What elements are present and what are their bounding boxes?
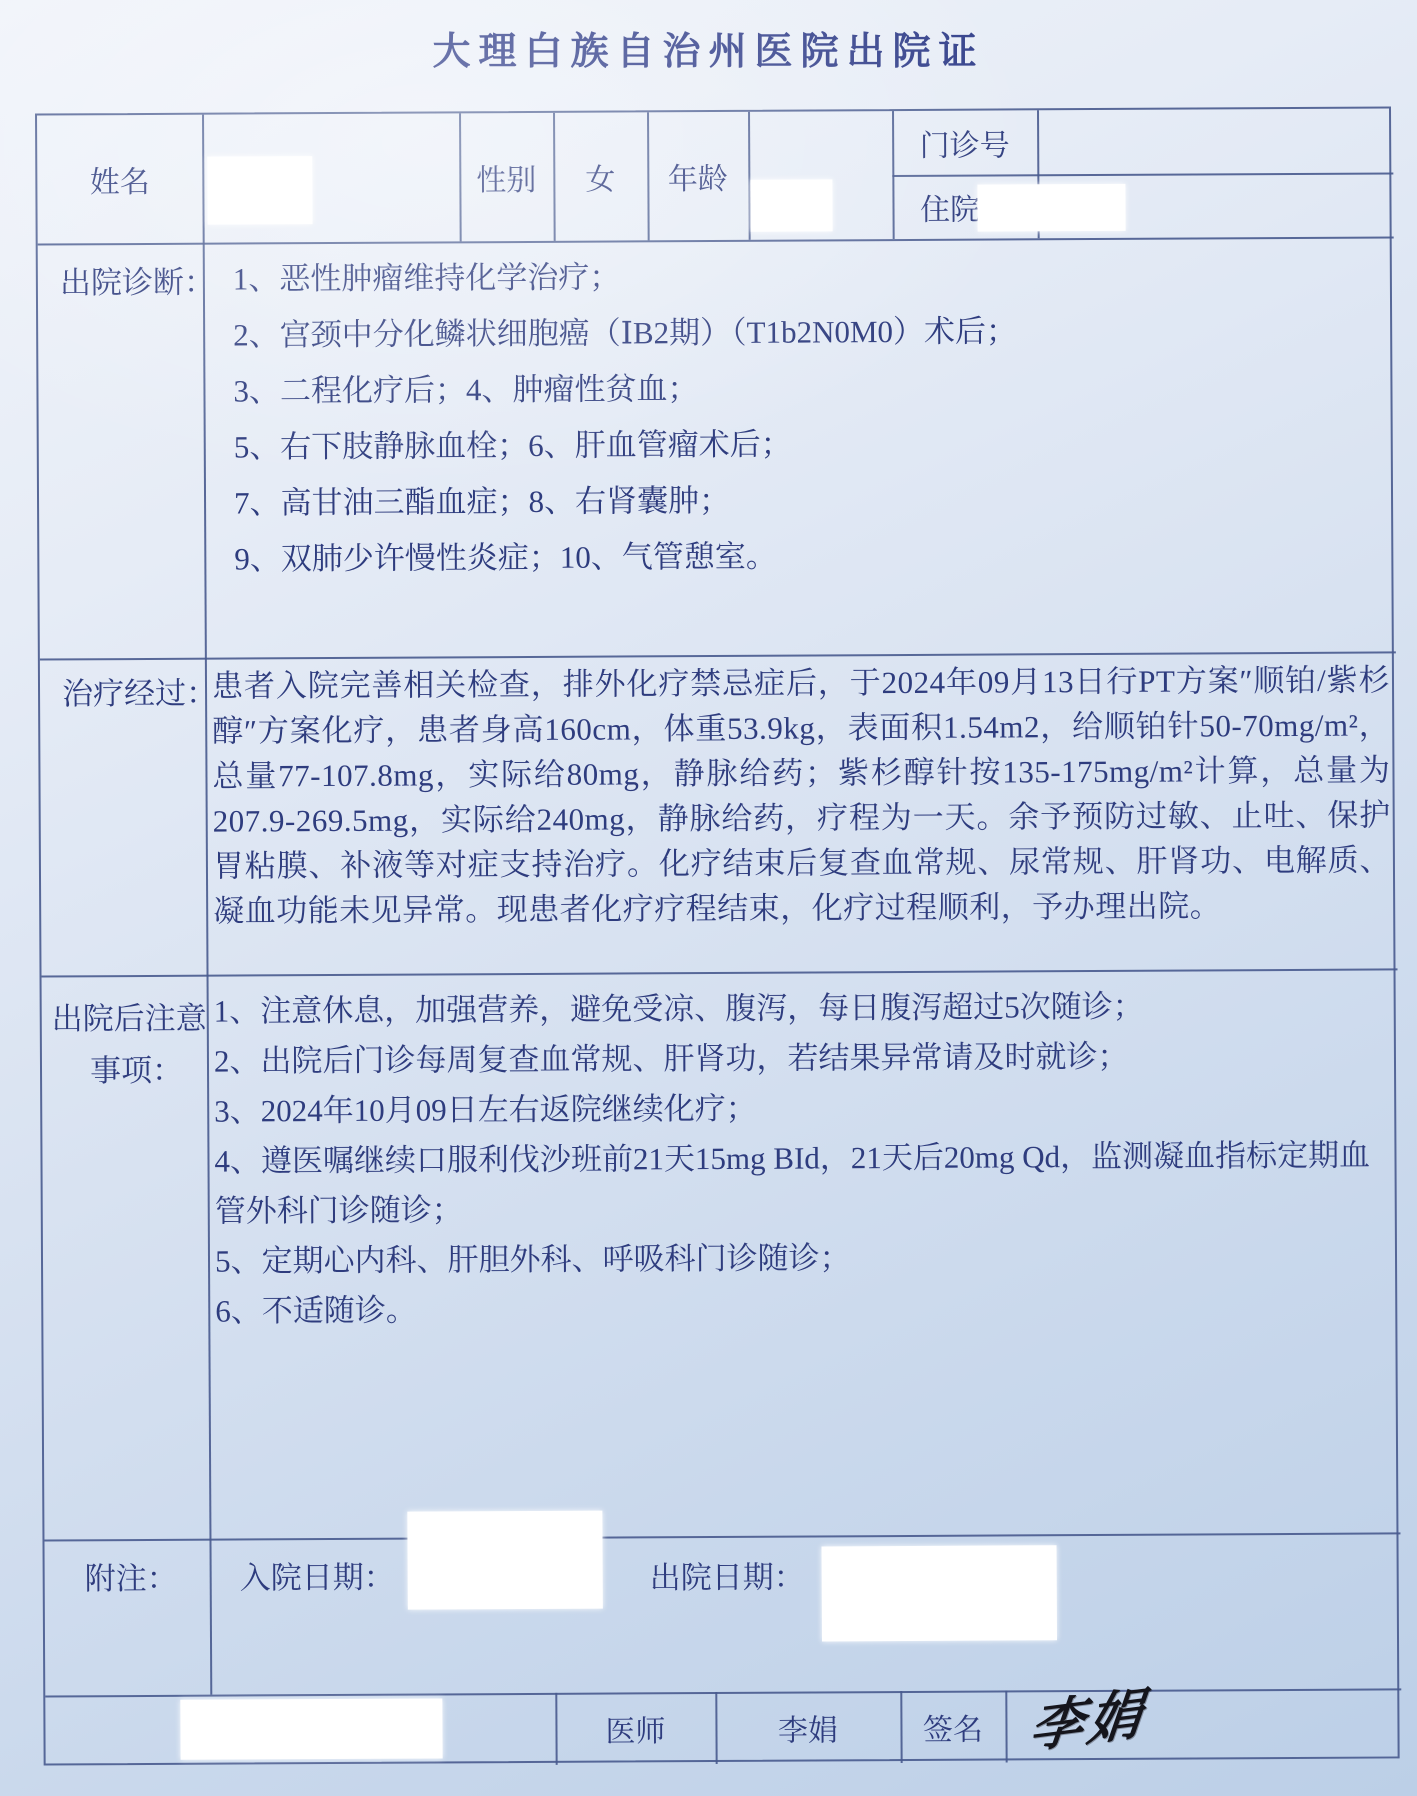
note-item: 2、出院后门诊每周复查血常规、肝肾功，若结果异常请及时就诊； <box>214 1030 1394 1086</box>
diagnosis-line: 5、右下肢静脉血栓；6、肝血管瘤术后； <box>234 416 1384 471</box>
gender-label: 性别 <box>459 113 554 241</box>
note-item: 4、遵医嘱继续口服利伐沙班前21天15mg BId，21天后20mg Qd，监测… <box>214 1130 1395 1236</box>
page-title: 大理白族自治州医院出院证 <box>0 20 1417 75</box>
notes-label-line2: 事项： <box>90 1045 183 1090</box>
diagnosis-list: 1、恶性肿瘤维持化学治疗； 2、宫颈中分化鳞状细胞癌（ⅠB2期）（T1b2N0M… <box>233 248 1385 590</box>
divider-treatment-bottom <box>42 968 1398 977</box>
notes-label-line1: 出院后注意 <box>52 993 207 1039</box>
discharge-certificate-page: 大理白族自治州医院出院证 姓名 性别 女 年龄 门诊号 住院号 <box>0 0 1417 1796</box>
age-label: 年龄 <box>647 112 749 241</box>
diagnosis-line: 3、二程化疗后；4、肿瘤性贫血； <box>233 360 1383 415</box>
gender-value: 女 <box>553 112 648 240</box>
note-item: 6、不适随诊。 <box>215 1280 1395 1336</box>
note-item: 3、2024年10月09日左右返院继续化疗； <box>214 1080 1394 1136</box>
doctor-name: 李娟 <box>715 1691 900 1764</box>
notes-list: 1、注意休息，加强营养，避免受凉、腹泻，每日腹泻超过5次随诊； 2、出院后门诊每… <box>214 980 1396 1336</box>
discharge-date-label: 出院日期： <box>650 1552 805 1598</box>
redaction-inpatient-number <box>977 184 1125 232</box>
doctor-label: 医师 <box>555 1692 715 1765</box>
diagnosis-line: 7、高甘油三酯血症；8、右肾囊肿； <box>234 472 1384 527</box>
sign-label: 签名 <box>900 1690 1005 1763</box>
diagnosis-line: 9、双肺少许慢性炎症；10、气管憩室。 <box>234 528 1384 583</box>
divider-sign-row-4 <box>1005 1690 1007 1762</box>
note-item: 5、定期心内科、肝胆外科、呼吸科门诊随诊； <box>215 1230 1395 1286</box>
redaction-name <box>207 156 312 225</box>
diagnosis-line: 2、宫颈中分化鳞状细胞癌（ⅠB2期）（T1b2N0M0）术后； <box>233 304 1383 359</box>
redaction-admission-date <box>407 1511 603 1610</box>
diagnosis-label: 出院诊断： <box>60 257 215 303</box>
doctor-signature-handwriting: 李娟 <box>1026 1670 1150 1764</box>
outpatient-value <box>1037 108 1393 174</box>
note-item: 1、注意休息，加强营养，避免受凉、腹泻，每日腹泻超过5次随诊； <box>214 980 1394 1036</box>
treatment-label: 治疗经过： <box>62 668 217 714</box>
treatment-text: 患者入院完善相关检查，排外化疗禁忌症后，于2024年09月13日行PT方案″顺铂… <box>212 657 1391 933</box>
redaction-age <box>750 179 832 231</box>
divider-notes-bottom <box>44 1532 1400 1541</box>
remark-label: 附注： <box>85 1553 178 1598</box>
diagnosis-line: 1、恶性肿瘤维持化学治疗； <box>233 248 1383 303</box>
outpatient-label: 门诊号 <box>892 110 1037 175</box>
admission-date-label: 入院日期： <box>240 1552 395 1598</box>
redaction-discharge-date <box>822 1545 1057 1641</box>
divider-label-column <box>202 115 212 1695</box>
discharge-form-table: 姓名 性别 女 年龄 门诊号 住院号 出院诊断： 1、恶性肿瘤维持化学治疗； 2… <box>35 106 1400 1765</box>
name-label: 姓名 <box>37 115 203 244</box>
redaction-bottom-left <box>180 1698 442 1759</box>
